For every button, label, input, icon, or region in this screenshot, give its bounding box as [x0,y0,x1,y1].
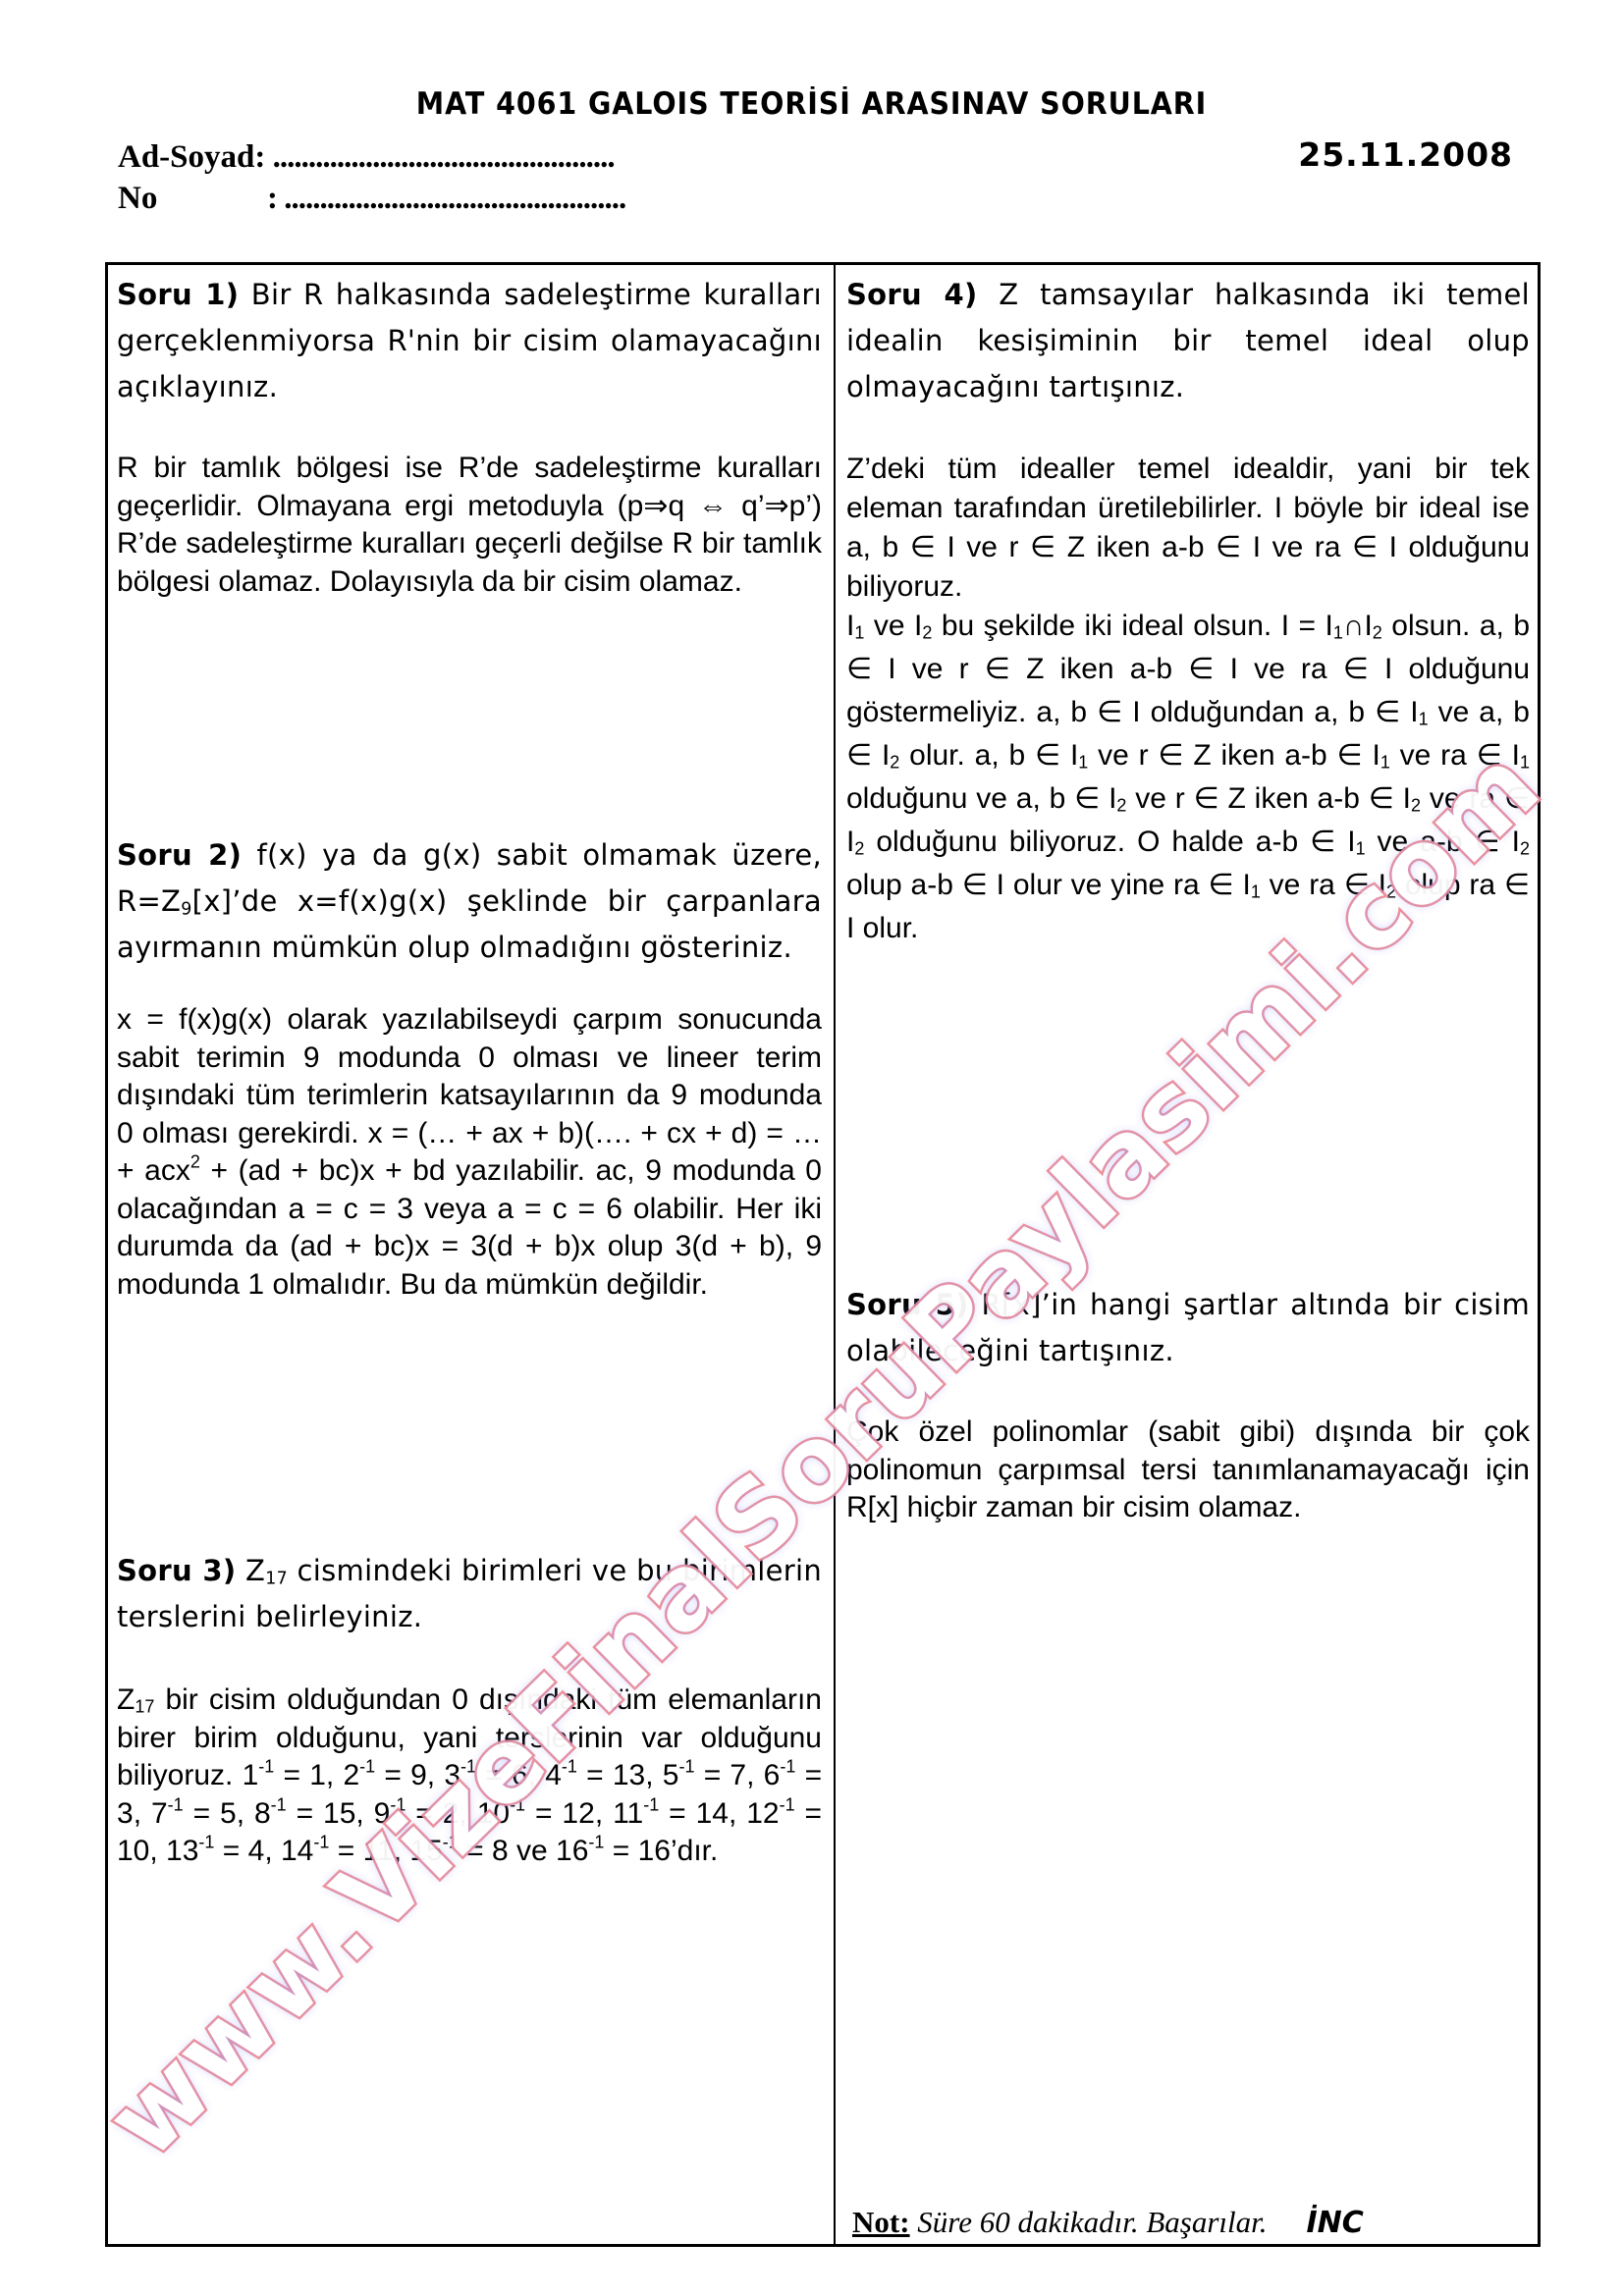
answer-5: Çok özel polinomlar (sabit gibi) dışında… [846,1414,1530,1527]
question-5-label: Soru 5) [846,1288,969,1321]
right-column: Soru 4) Z tamsayılar halkasında iki teme… [846,265,1530,2244]
exam-date: 25.11.2008 [1298,135,1513,174]
inverse-pair: 10-1 = 12 [477,1797,595,1830]
signature: İNC [1307,2206,1364,2240]
question-2: Soru 2) f(x) ya da g(x) sabit olmamak üz… [117,832,822,971]
answer-3: Z17 bir cisim olduğundan 0 dışındaki tüm… [117,1682,822,1871]
column-divider [834,265,836,2244]
name-field-line: Ad-Soyad: ..............................… [118,139,615,176]
note-text: Süre 60 dakikadır. Başarılar. [910,2205,1268,2239]
inverse-pair: 8-1 = 15 [254,1797,355,1830]
exam-page: MAT 4061 GALOIS TEORİSİ ARASINAV SORULAR… [0,0,1623,2296]
inverse-pair: 2-1 = 9 [343,1759,426,1791]
question-2-label: Soru 2) [117,838,242,872]
answer-4-proof: I1 ve I2 bu şekilde iki ideal olsun. I =… [846,605,1530,950]
exam-note: Not: Süre 60 dakikadır. Başarılar.İNC [852,2205,1364,2240]
answer-1: R bir tamlık bölgesi ise R’de sadeleştir… [117,450,822,601]
student-no-blank: : ......................................… [267,181,625,216]
inverse-pair: 5-1 = 7 [663,1759,746,1791]
inverse-pair: 1-1 = 1 [243,1759,326,1791]
questions-table: Soru 1) Bir R halkasında sadeleştirme ku… [105,262,1541,2247]
inverse-pair: 9-1 = 2 [374,1797,460,1830]
inverse-pair: 7-1 = 5 [151,1797,237,1830]
note-label: Not: [852,2205,910,2239]
answer-4: Z’deki tüm idealler temel idealdir, yani… [846,450,1530,607]
question-4-label: Soru 4) [846,278,978,311]
inverse-pair: 13-1 = 4 [166,1835,264,1867]
inverse-pair: 4-1 = 13 [545,1759,645,1791]
question-5: Soru 5) R[x]’in hangi şartlar altında bi… [846,1282,1530,1374]
inverse-pair: 15-1 = 8 [409,1835,508,1867]
name-blank: ........................................… [265,139,614,175]
inverse-pair: 16-1 = 16 [556,1835,671,1867]
question-1-label: Soru 1) [117,278,239,311]
question-4: Soru 4) Z tamsayılar halkasında iki teme… [846,272,1530,410]
inverse-pair: 11-1 = 14 [613,1797,729,1830]
exam-title: MAT 4061 GALOIS TEORİSİ ARASINAV SORULAR… [65,86,1558,122]
student-no-label: No [118,181,267,217]
question-1: Soru 1) Bir R halkasında sadeleştirme ku… [117,272,822,410]
answer-2: x = f(x)g(x) olarak yazılabilseydi çarpı… [117,1001,822,1304]
inverse-pair: 14-1 = 11 [281,1835,394,1867]
inverse-pair: 3-1 = 6 [444,1759,527,1791]
student-no-field-line: No: ....................................… [118,181,625,217]
name-label: Ad-Soyad: [118,139,265,176]
question-3: Soru 3) Z17 cismindeki birimleri ve bu b… [117,1548,822,1640]
question-3-label: Soru 3) [117,1554,236,1587]
left-column: Soru 1) Bir R halkasında sadeleştirme ku… [117,265,822,2244]
